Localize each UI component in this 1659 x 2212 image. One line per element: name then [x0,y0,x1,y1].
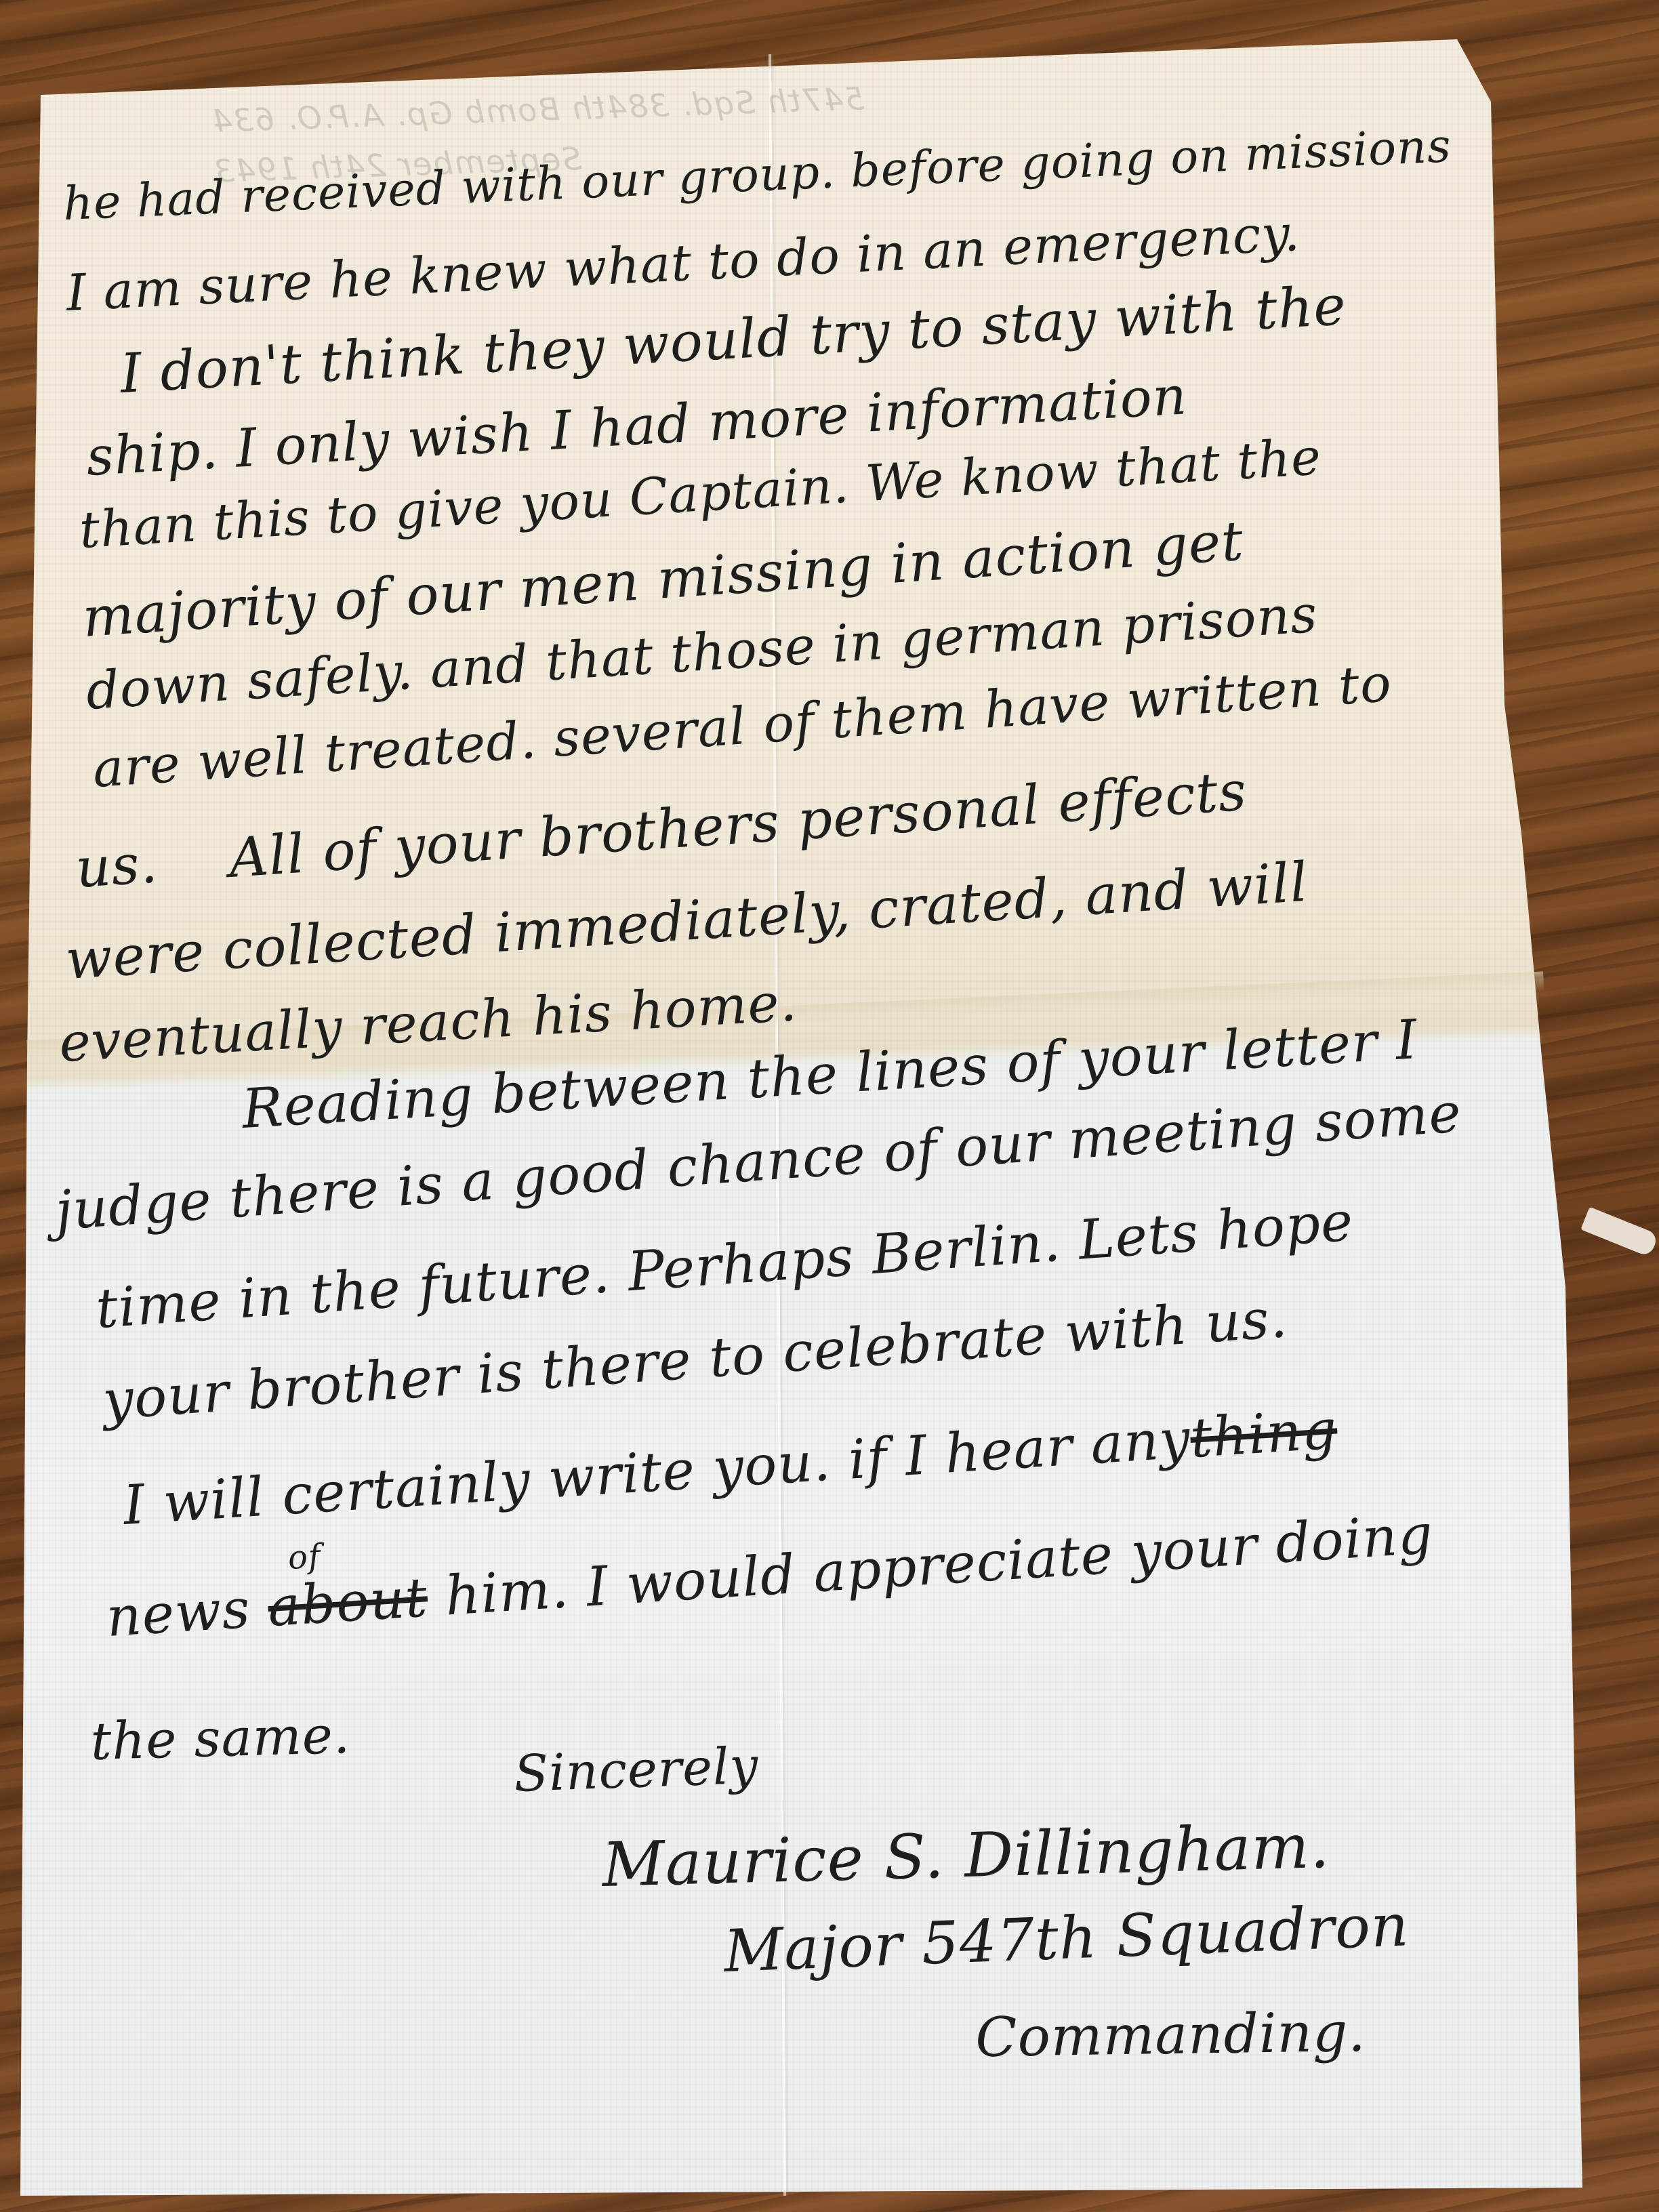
body-line-18: the same. [90,1704,351,1771]
struck-text: thing [1189,1398,1339,1470]
correction-insert: aboutof [266,1565,430,1639]
role: Commanding. [975,2001,1367,2069]
valediction: Sincerely [513,1736,760,1803]
body-line-16: I will certainly write you. if I hear an… [121,1398,1339,1537]
body-line-17-end: him. I would appreciate your doing [443,1502,1435,1628]
rank-unit: Major 547th Squadron [722,1891,1410,1986]
inserted-word: of [287,1537,322,1577]
body-line-17-start: news [104,1577,252,1649]
body-line-16-text: I will certainly write you. if I hear an… [121,1407,1192,1537]
signature: Maurice S. Dillingham. [601,1811,1330,1901]
letter-body: he had received with our group. before g… [0,0,1659,2212]
